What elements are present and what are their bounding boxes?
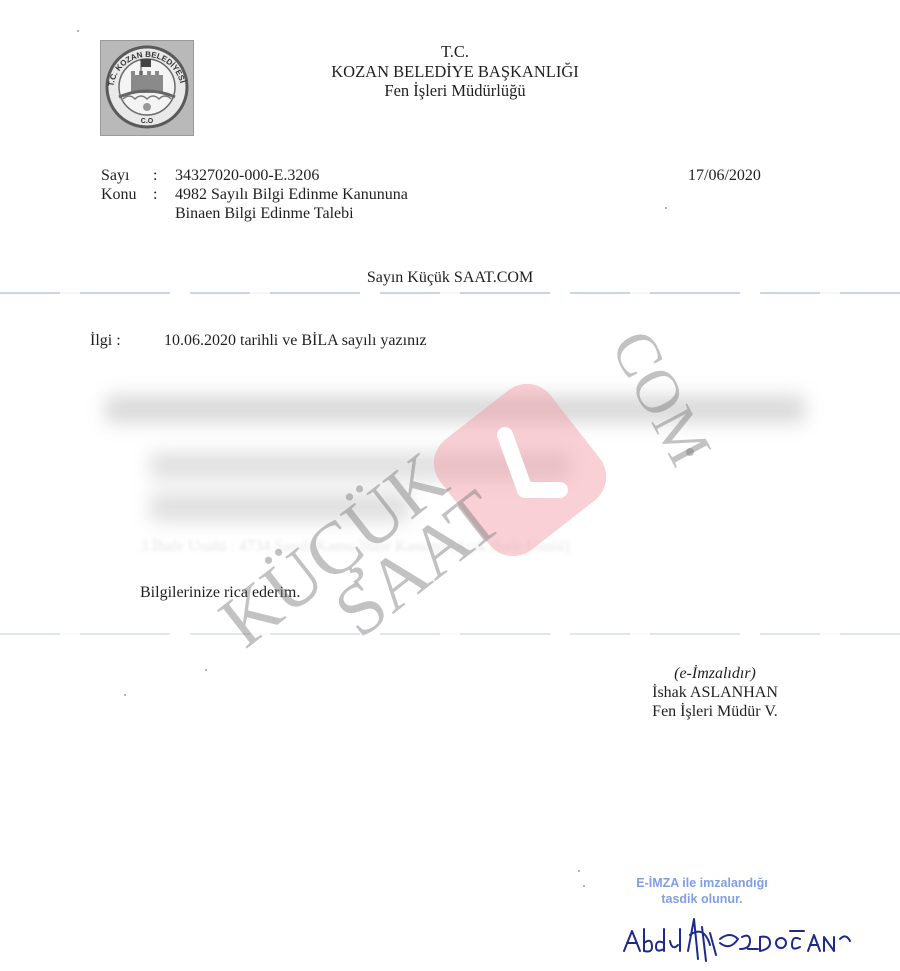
sayi-value: 34327020-000-E.3206 xyxy=(175,166,319,185)
letterhead: T.C. KOZAN BELEDİYE BAŞKANLIĞI Fen İşler… xyxy=(280,42,630,101)
e-signed-note: (e-İmzalıdır) xyxy=(620,664,810,683)
salutation: Sayın Küçük SAAT.COM xyxy=(0,268,900,287)
ilgi-label: İlgi : xyxy=(90,331,160,350)
closing-text: Bilgilerinize rica ederim. xyxy=(140,583,300,602)
ilgi-value: 10.06.2020 tarihli ve BİLA sayılı yazını… xyxy=(164,332,427,349)
redacted-faint-text: 3.İhale Usulü : 4734 Sayılı Kamu İhale K… xyxy=(140,538,570,556)
konu-value-line2: Binaen Bilgi Edinme Talebi xyxy=(175,204,354,223)
watermark: KÜÇÜK SAAT COM xyxy=(0,0,900,971)
redacted-paragraph xyxy=(105,395,805,423)
colon: : xyxy=(153,185,175,204)
scan-artifact-line xyxy=(0,292,900,294)
header-department: Fen İşleri Müdürlüğü xyxy=(280,81,630,101)
e-signature-stamp: E-İMZA ile imzalandığı tasdik olunur. xyxy=(612,875,792,907)
watermark-dot xyxy=(686,448,694,456)
scan-artifact-line xyxy=(0,633,900,635)
municipality-seal-icon: C.O T.C. KOZAN BELEDİYESİ xyxy=(100,40,194,136)
reference-line: İlgi : 10.06.2020 tarihli ve BİLA sayılı… xyxy=(90,331,427,350)
svg-text:C.O: C.O xyxy=(141,118,154,125)
scanned-letter: C.O T.C. KOZAN BELEDİYESİ T.C. KOZAN BEL… xyxy=(0,0,900,971)
redacted-line xyxy=(150,452,570,480)
header-institution: KOZAN BELEDİYE BAŞKANLIĞI xyxy=(280,62,630,82)
signatory-name: İshak ASLANHAN xyxy=(620,683,810,702)
stamp-line1: E-İMZA ile imzalandığı xyxy=(612,875,792,891)
handwritten-signature xyxy=(620,915,860,965)
signatory-title: Fen İşleri Müdür V. xyxy=(620,702,810,721)
document-date: 17/06/2020 xyxy=(688,166,761,185)
signatory-block: (e-İmzalıdır) İshak ASLANHAN Fen İşleri … xyxy=(620,664,810,721)
header-tc: T.C. xyxy=(280,42,630,62)
konu-label: Konu xyxy=(101,185,153,204)
sayi-label: Sayı xyxy=(101,166,153,185)
stamp-line2: tasdik olunur. xyxy=(612,891,792,907)
reference-block: Sayı : 34327020-000-E.3206 Konu : 4982 S… xyxy=(101,166,408,223)
redacted-line xyxy=(150,492,410,522)
konu-value-line1: 4982 Sayılı Bilgi Edinme Kanununa xyxy=(175,185,408,204)
colon: : xyxy=(153,166,175,185)
